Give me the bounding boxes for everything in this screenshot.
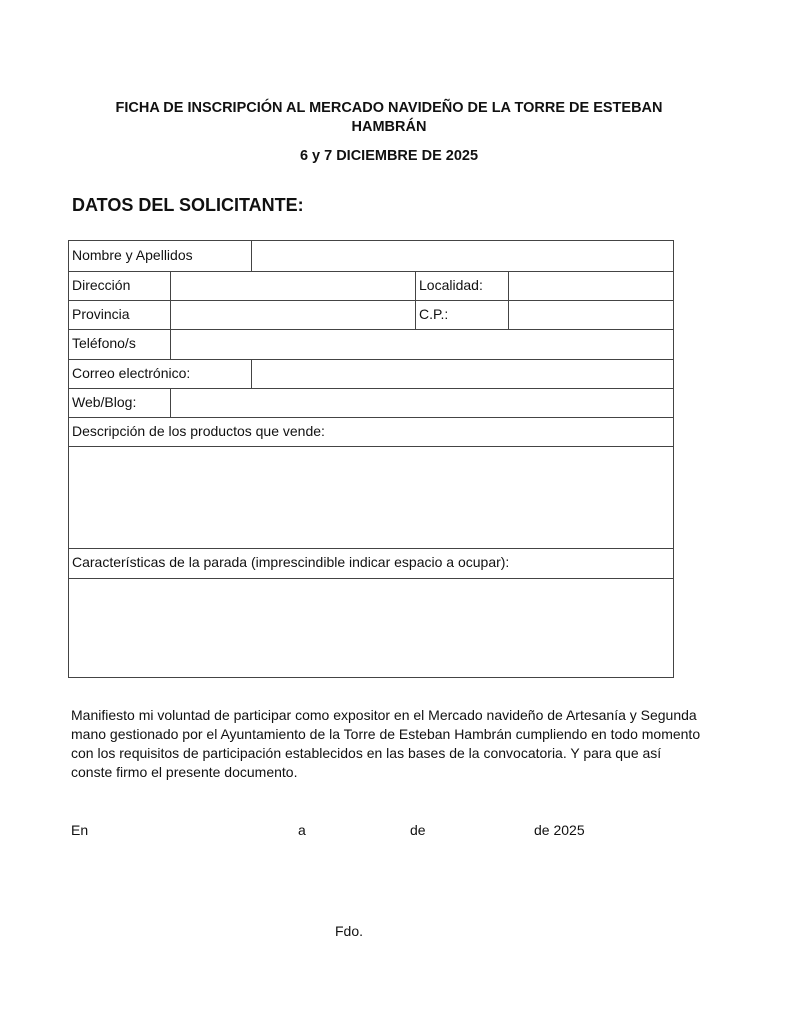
row-descripcion-label: Descripción de los productos que vende: <box>69 417 673 447</box>
section-title: DATOS DEL SOLICITANTE: <box>72 195 304 216</box>
correo-label: Correo electrónico: <box>69 359 251 388</box>
month-label: de <box>410 822 426 838</box>
cp-label: C.P.: <box>415 300 508 329</box>
row-provincia: Provincia C.P.: <box>69 300 673 330</box>
day-label: a <box>298 822 306 838</box>
nombre-label: Nombre y Apellidos <box>69 241 251 271</box>
year-label: de 2025 <box>534 822 585 838</box>
telefono-field[interactable] <box>170 329 673 359</box>
provincia-label: Provincia <box>69 300 170 329</box>
nombre-field[interactable] <box>251 241 673 271</box>
localidad-field[interactable] <box>508 271 673 300</box>
row-caracteristicas-label: Características de la parada (imprescind… <box>69 548 673 579</box>
declaration-text: Manifiesto mi voluntad de participar com… <box>71 706 701 782</box>
descripcion-field[interactable] <box>69 446 673 549</box>
row-direccion: Dirección Localidad: <box>69 271 673 301</box>
web-field[interactable] <box>170 388 673 417</box>
place-label: En <box>71 822 88 838</box>
descripcion-label: Descripción de los productos que vende: <box>69 417 673 446</box>
signature-label: Fdo. <box>335 923 363 939</box>
localidad-label: Localidad: <box>415 271 508 300</box>
row-correo: Correo electrónico: <box>69 359 673 389</box>
telefono-label: Teléfono/s <box>69 329 170 359</box>
caracteristicas-field[interactable] <box>69 578 673 677</box>
provincia-field[interactable] <box>170 300 416 329</box>
correo-field[interactable] <box>251 359 673 388</box>
row-nombre: Nombre y Apellidos <box>69 241 673 272</box>
row-web: Web/Blog: <box>69 388 673 418</box>
event-dates: 6 y 7 DICIEMBRE DE 2025 <box>100 147 678 166</box>
direccion-label: Dirección <box>69 271 170 300</box>
web-label: Web/Blog: <box>69 388 170 417</box>
form-title: FICHA DE INSCRIPCIÓN AL MERCADO NAVIDEÑO… <box>100 99 678 137</box>
cp-field[interactable] <box>508 300 673 329</box>
direccion-field[interactable] <box>170 271 416 300</box>
row-telefono: Teléfono/s <box>69 329 673 360</box>
caracteristicas-label: Características de la parada (imprescind… <box>69 548 673 578</box>
applicant-form: Nombre y Apellidos Dirección Localidad: … <box>68 240 674 678</box>
